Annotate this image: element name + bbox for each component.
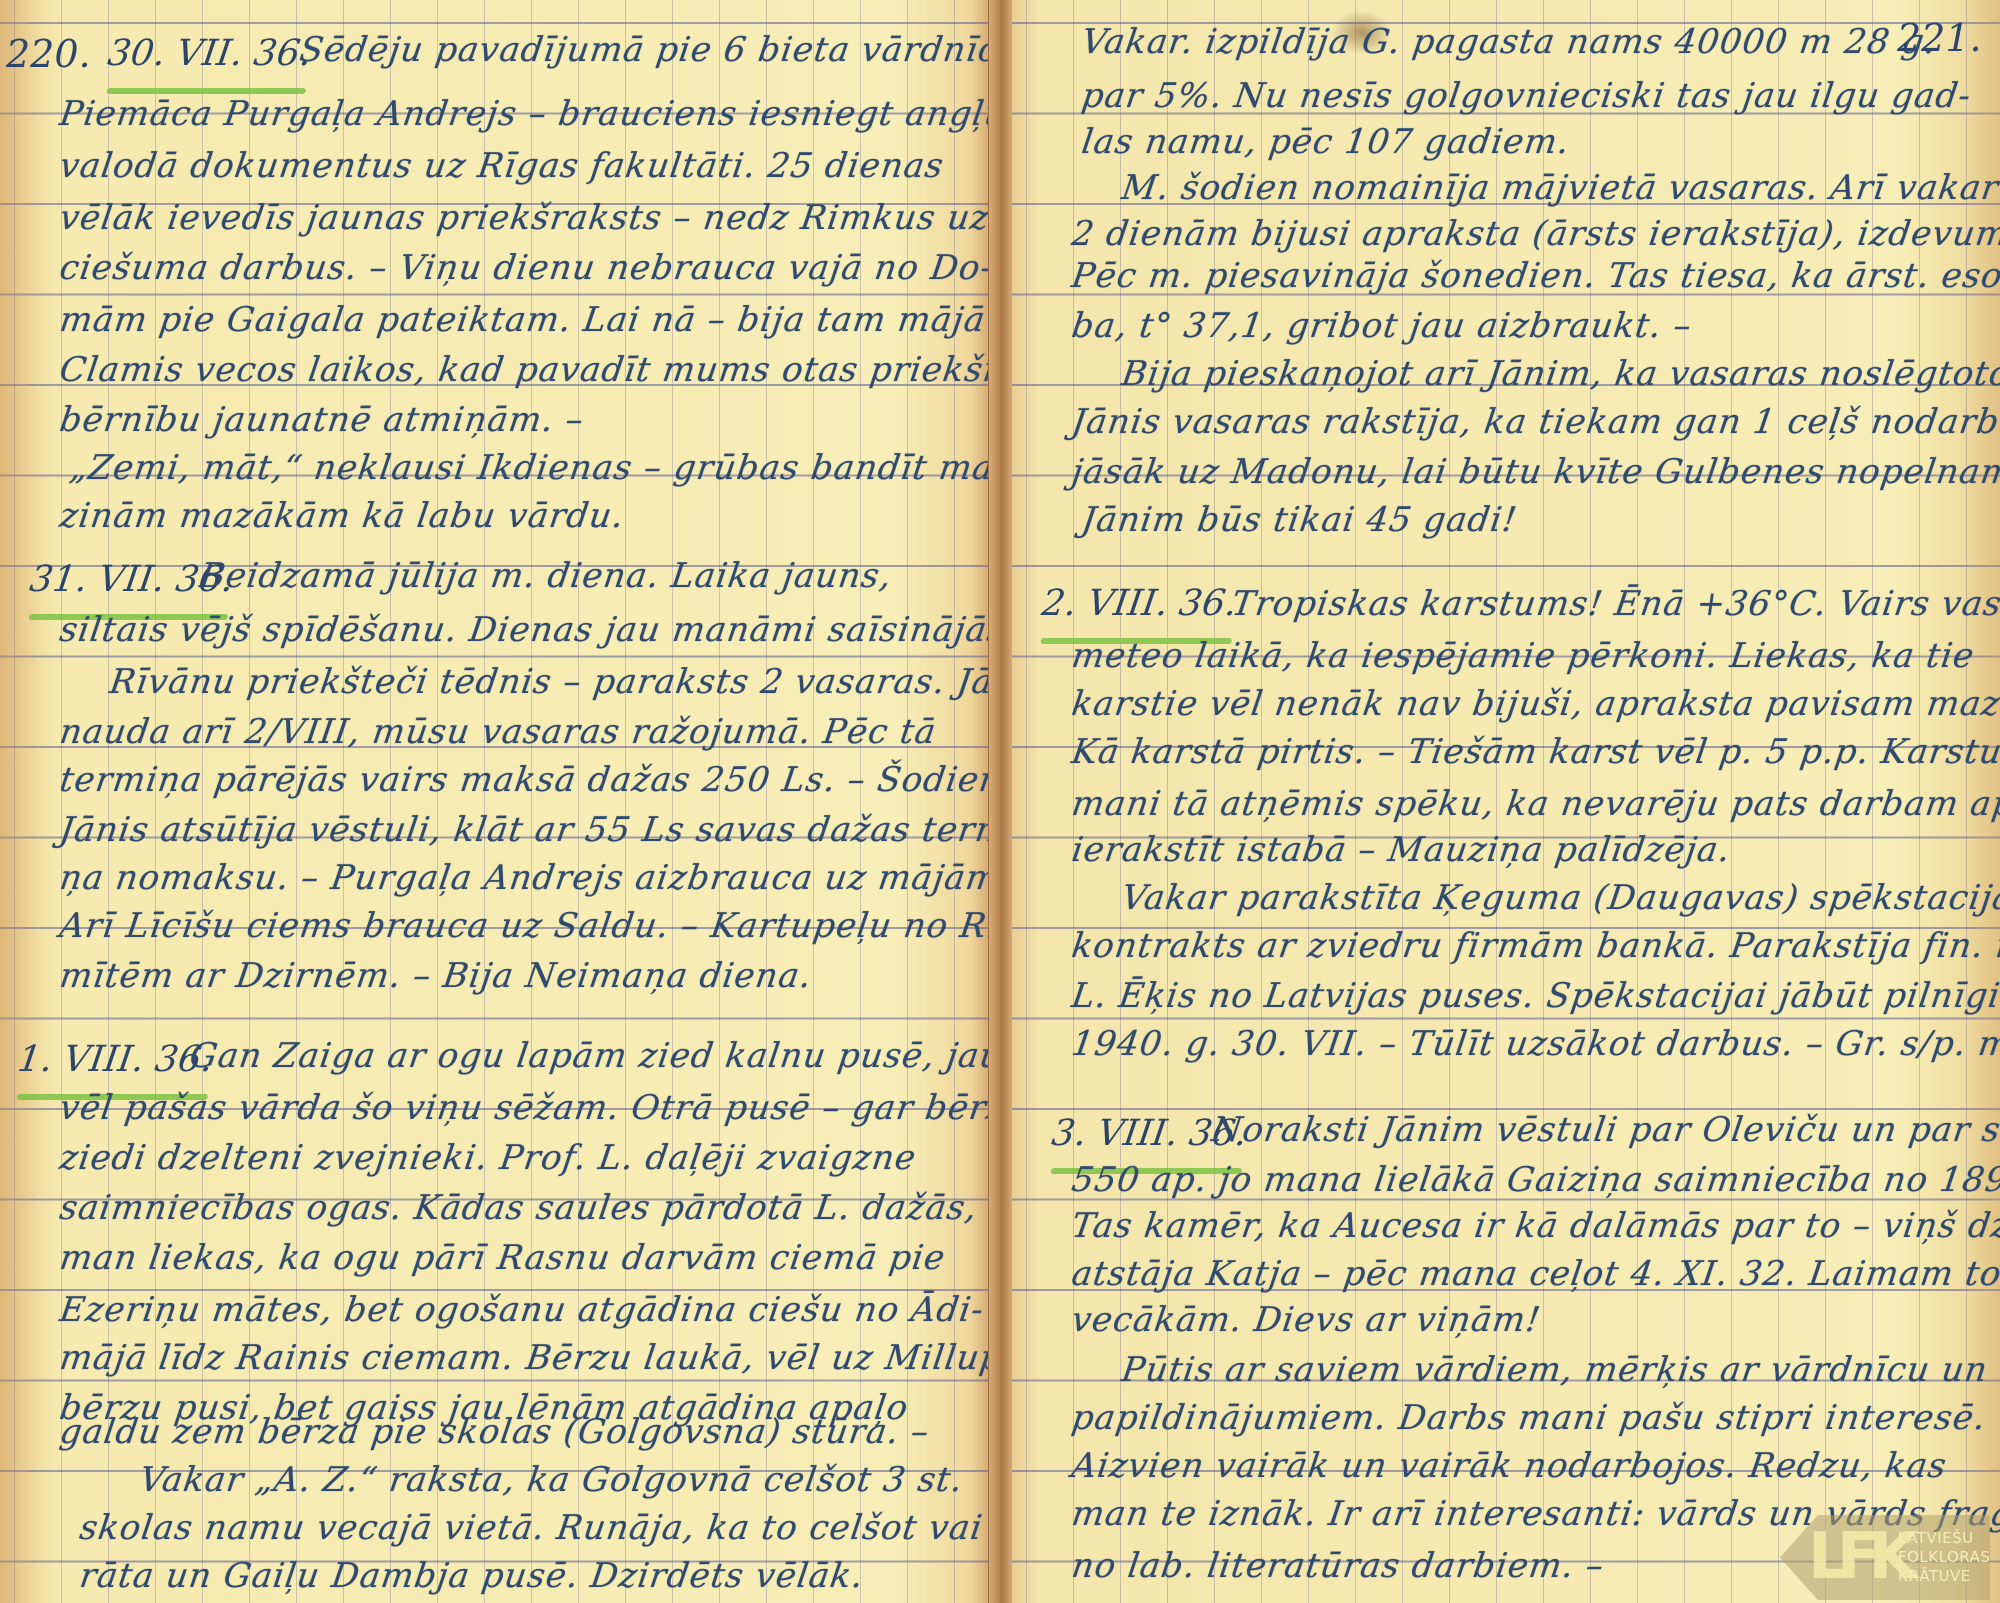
entry-line: atstāja Katja – pēc mana ceļot 4. XI. 32…	[1069, 1254, 2000, 1294]
entry-line: vēl pašas vārda šo viņu sēžam. Otrā pusē…	[57, 1088, 988, 1128]
entry-line: valodā dokumentus uz Rīgas fakultāti. 25…	[57, 146, 946, 186]
entry-line: mītēm ar Dzirnēm. – Bija Neimaņa diena.	[57, 956, 814, 996]
entry-line: ierakstīt istabā – Mauziņa palīdzēja.	[1069, 830, 1733, 870]
entry-line: mājā līdz Rainis ciemam. Bērzu laukā, vē…	[57, 1338, 988, 1378]
entry-line: vecākām. Dievs ar viņām!	[1069, 1300, 1543, 1340]
entry-line: ba, t° 37,1, gribot jau aizbraukt. –	[1069, 306, 1694, 346]
entry-line: mani tā atņēmis spēku, ka nevarēju pats …	[1069, 784, 2000, 824]
entry-line: bērnību jaunatnē atmiņām. –	[57, 400, 586, 440]
entry-line: „Zemi, māt,“ neklausi Ikdienas – grūbas …	[67, 448, 988, 488]
entry-line: Vakar „A. Z.“ raksta, ka Golgovnā celšot…	[137, 1460, 966, 1500]
entry-line: kontrakts ar zviedru firmām bankā. Parak…	[1069, 926, 2000, 966]
left-page: 220. 30. VII. 36. Sēdēju pavadījumā pie …	[0, 0, 988, 1603]
entry-line: Pūtis ar saviem vārdiem, mērķis ar vārdn…	[1119, 1350, 1990, 1390]
entry-line: Ezeriņu mātes, bet ogošanu atgādina cieš…	[57, 1290, 987, 1330]
entry-line: saimniecības ogas. Kādas saules pārdotā …	[57, 1188, 980, 1228]
entry-line: meteo laikā, ka iespējamie pērkoni. Liek…	[1069, 636, 1977, 676]
entry-date: 1. VIII. 36.	[15, 1040, 215, 1080]
entry-line: jāsāk uz Madonu, lai būtu kvīte Gulbenes…	[1069, 452, 2000, 492]
entry-line: rāta un Gaiļu Dambja pusē. Dzirdēts vēlā…	[77, 1556, 866, 1596]
entry-line: Gan Zaiga ar ogu lapām zied kalnu pusē, …	[187, 1036, 988, 1076]
entry-line: karstie vēl nenāk nav bijuši, apraksta p…	[1069, 684, 2000, 724]
entry-line: Aizvien vairāk un vairāk nodarbojos. Red…	[1069, 1446, 1949, 1486]
entry-line: papildinājumiem. Darbs mani pašu stipri …	[1069, 1398, 1989, 1438]
entry-line: Vakar parakstīta Ķeguma (Daugavas) spēks…	[1119, 878, 2000, 918]
entry-line: zinām mazākām kā labu vārdu.	[57, 496, 627, 536]
entry-line: 550 ap. jo mana lielākā Gaiziņa saimniec…	[1069, 1160, 2000, 1200]
entry-line: Jānis atsūtīja vēstuli, klāt ar 55 Ls sa…	[57, 810, 988, 850]
entry-line: Rīvānu priekšteči tēdnis – paraksts 2 va…	[107, 662, 988, 702]
page-edge-shading	[0, 0, 40, 1603]
entry-line: Kā karstā pirtis. – Tiešām karst vēl p. …	[1069, 732, 2000, 772]
entry-line: termiņa pārējās vairs maksā dažas 250 Ls…	[57, 760, 988, 800]
entry-line: Beidzamā jūlija m. diena. Laika jauns,	[197, 556, 894, 596]
entry-line: ciešuma darbus. – Viņu dienu nebrauca va…	[57, 248, 988, 288]
entry-line: Piemāca Purgaļa Andrejs – brauciens iesn…	[57, 94, 988, 134]
entry-date: 2. VIII. 36.	[1039, 584, 1239, 624]
page-number: 220.	[6, 34, 91, 74]
entry-line: galdu zem bērza pie skolas (Golgovsna) s…	[57, 1412, 932, 1452]
notebook-spine	[988, 0, 1012, 1603]
entry-line: nauda arī 2/VIII, mūsu vasaras ražojumā.…	[57, 712, 939, 752]
entry-line: Arī Līcīšu ciems brauca uz Saldu. – Kart…	[57, 906, 988, 946]
entry-line: ziedi dzelteni zvejnieki. Prof. L. daļēj…	[57, 1138, 919, 1178]
entry-line: M. šodien nomainīja mājvietā vasaras. Ar…	[1119, 168, 2000, 208]
entry-line: Tropiskas karstums! Ēnā +36°C. Vairs vas…	[1229, 584, 2000, 624]
logo-chevrons-icon: LFK	[1808, 1521, 1906, 1593]
logo-text-line: LATVIEŠU	[1898, 1529, 1990, 1548]
right-page: 221. Vakar. izpildīja G. pagasta nams 40…	[1012, 0, 2000, 1603]
entry-line: vēlāk ievedīs jaunas priekšraksts – nedz…	[57, 198, 988, 238]
entry-line: Jānim būs tikai 45 gadi!	[1079, 500, 1520, 540]
entry-line: Noraksti Jānim vēstuli par Oleviču un pa…	[1209, 1110, 2000, 1150]
entry-line: par 5%. Nu nesīs golgovnieciski tas jau …	[1079, 76, 1974, 116]
entry-line: Jānis vasaras rakstīja, ka tiekam gan 1 …	[1069, 402, 2000, 442]
entry-line: Sēdēju pavadījumā pie 6 bieta vārdnīcu.	[297, 30, 988, 70]
logo-text-line: KRĀTUVE	[1898, 1567, 1990, 1586]
entry-line: no lab. literatūras darbiem. –	[1069, 1546, 1607, 1586]
entry-line: L. Ēķis no Latvijas puses. Spēkstacijai …	[1069, 976, 2000, 1016]
entry-line: 1940. g. 30. VII. – Tūlīt uzsākot darbus…	[1069, 1024, 2000, 1064]
logo-text: LATVIEŠU FOLKLORAS KRĀTUVE	[1898, 1529, 1990, 1586]
entry-line: Pēc m. piesavināja šonedien. Tas tiesa, …	[1069, 256, 2000, 296]
logo-text-line: FOLKLORAS	[1898, 1548, 1990, 1567]
entry-line: Vakar. izpildīja G. pagasta nams 40000 m…	[1079, 22, 1939, 62]
entry-line: Bija pieskaņojot arī Jānim, ka vasaras n…	[1119, 354, 2000, 394]
entry-line: mām pie Gaigala pateiktam. Lai nā – bija…	[57, 300, 988, 340]
entry-line: siltais vējš spīdēšanu. Dienas jau manām…	[57, 610, 988, 650]
entry-line: Tas kamēr, ka Aucesa ir kā dalāmās par t…	[1069, 1206, 2000, 1246]
entry-line: 2 dienām bijusi apraksta (ārsts ierakstī…	[1069, 214, 2000, 254]
entry-line: ņa nomaksu. – Purgaļa Andrejs aizbrauca …	[57, 858, 988, 898]
entry-line: las namu, pēc 107 gadiem.	[1079, 122, 1572, 162]
entry-date: 30. VII. 36.	[105, 34, 314, 74]
entry-line: Clamis vecos laikos, kad pavadīt mums ot…	[57, 350, 988, 390]
entry-line: skolas namu vecajā vietā. Runāja, ka to …	[77, 1508, 985, 1548]
notebook-spread: 220. 30. VII. 36. Sēdēju pavadījumā pie …	[0, 0, 2000, 1603]
archive-watermark-logo: LFK LATVIEŠU FOLKLORAS KRĀTUVE	[1780, 1515, 1990, 1600]
entry-line: man liekas, ka ogu pārī Rasnu darvām cie…	[57, 1238, 948, 1278]
